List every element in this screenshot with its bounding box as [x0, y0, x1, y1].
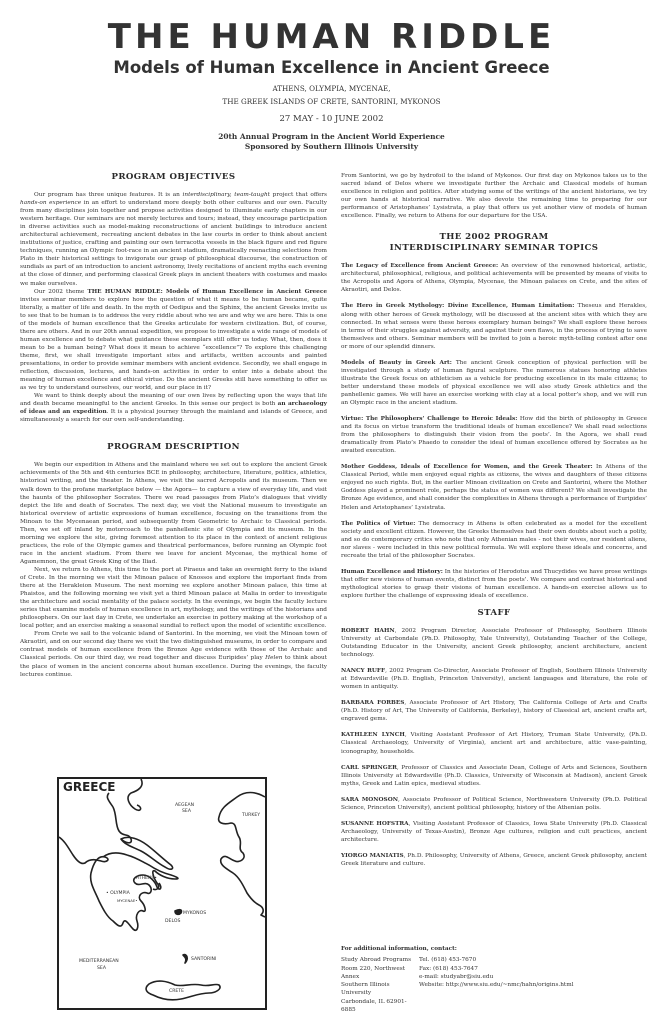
map-title: GREECE — [63, 780, 116, 794]
objectives-paragraph-1: Our program has three unique features. I… — [20, 191, 327, 288]
description-paragraph-2: Next, we return to Athens, this time to … — [20, 566, 327, 630]
description-paragraph-3: From Crete we sail to the volcanic islan… — [20, 630, 327, 678]
text-run: Our 2002 theme — [34, 289, 87, 295]
staff-member: CARL SPRINGER, Professor of Classics and… — [341, 764, 647, 788]
staff-name: CARL SPRINGER — [341, 765, 397, 771]
staff-name: SARA MONOSON — [341, 797, 398, 803]
seminar-topic: The Politics of Virtue: The democracy in… — [341, 520, 647, 560]
topic-text: Theseus and Herakles, along with other h… — [341, 303, 647, 349]
contact-info: For additional information, contact: Stu… — [341, 945, 647, 1014]
destinations: ATHENS, OLYMPIA, MYCENAE, THE GREEK ISLA… — [0, 82, 663, 108]
fax-number: Fax: (618) 453-7647 — [419, 965, 574, 973]
map-label-santorini: SANTORINI — [191, 957, 216, 962]
staff-name: SUSANNE HOFSTRA — [341, 821, 409, 827]
emphasis-text: interdisciplinary, team-taught — [183, 192, 270, 198]
contact-address: Study Abroad Programs Room 220, Northwes… — [341, 956, 419, 1014]
text-run: Our program has three unique features. I… — [34, 192, 183, 198]
document-header: THE HUMAN RIDDLE Models of Human Excelle… — [0, 18, 663, 152]
section-heading-description: PROGRAM DESCRIPTION — [20, 442, 327, 453]
text-run: in an effort to understand more deeply b… — [20, 200, 327, 286]
program-description-section: PROGRAM DESCRIPTION We begin our expedit… — [20, 442, 327, 678]
right-column: From Santorini, we go by hydrofoil to th… — [341, 172, 647, 876]
section-heading-seminar: THE 2002 PROGRAM INTERDISCIPLINARY SEMIN… — [341, 232, 647, 254]
seminar-heading-line-2: INTERDISCIPLINARY SEMINAR TOPICS — [390, 243, 599, 253]
map-label-mediterranean: MEDITERRANEAN — [79, 959, 119, 964]
destinations-line-2: THE GREEK ISLANDS OF CRETE, SANTORINI, M… — [0, 95, 663, 108]
topic-title: The Hero in Greek Mythology: Divine Exce… — [341, 303, 574, 309]
staff-section: STAFF ROBERT HAHN, 2002 Program Director… — [341, 608, 647, 868]
seminar-topic: Human Excellence and History: In the his… — [341, 568, 647, 600]
document-subtitle: Models of Human Excellence in Ancient Gr… — [0, 58, 663, 78]
map-label-mykonos: MYKONOS — [183, 911, 206, 916]
phone-number: Tel. (618) 453-7670 — [419, 956, 574, 964]
seminar-topic: The Hero in Greek Mythology: Divine Exce… — [341, 302, 647, 350]
staff-name: KATHLEEN LYNCH — [341, 732, 405, 738]
staff-name: YIORGO MANIATIS — [341, 853, 404, 859]
section-heading-staff: STAFF — [341, 608, 647, 619]
address-line: Study Abroad Programs — [341, 956, 419, 964]
section-heading-objectives: PROGRAM OBJECTIVES — [20, 172, 327, 183]
map-label-delos: DELOS — [165, 919, 180, 924]
topic-text: In Athens of the Classical Period, while… — [341, 464, 647, 510]
program-line: 20th Annual Program in the Ancient World… — [0, 132, 663, 142]
map-label-crete: CRETE — [169, 989, 184, 994]
topic-title: The Politics of Virtue: — [341, 521, 415, 527]
staff-member: SUSANNE HOFSTRA, Visiting Assistant Prof… — [341, 820, 647, 844]
topic-title: Models of Beauty in Greek Art: — [341, 360, 452, 366]
map-outline-icon — [59, 779, 265, 1008]
program-objectives-section: PROGRAM OBJECTIVES Our program has three… — [20, 172, 327, 424]
map-label-mediterranean-sea: SEA — [97, 966, 106, 971]
contact-heading: For additional information, contact: — [341, 945, 647, 953]
sponsor-line: Sponsored by Southern Illinois Universit… — [0, 142, 663, 152]
email-address[interactable]: e-mail: studyabr@siu.edu — [419, 973, 574, 981]
seminar-topic: Mother Goddess, Ideals of Excellence for… — [341, 463, 647, 511]
topic-title: Mother Goddess, Ideals of Excellence for… — [341, 464, 593, 470]
map-label-athens: ATHENS• — [136, 876, 157, 881]
document-title: THE HUMAN RIDDLE — [0, 18, 663, 56]
staff-name: ROBERT HAHN — [341, 628, 395, 634]
objectives-paragraph-2: Our 2002 theme THE HUMAN RIDDLE: Models … — [20, 288, 327, 393]
address-line: Carbondale, IL 62901-6885 — [341, 998, 419, 1015]
staff-member: ROBERT HAHN, 2002 Program Director, Asso… — [341, 627, 647, 659]
contact-details: Tel. (618) 453-7670 Fax: (618) 453-7647 … — [419, 956, 574, 1014]
topic-title: Virtue: The Philosophers’ Challenge to H… — [341, 416, 517, 422]
staff-member: SARA MONOSON, Associate Professor of Pol… — [341, 796, 647, 812]
greece-map: GREECE AEGEAN SEA TURKEY ATHENS• • OLYMP… — [57, 777, 267, 1010]
contact-grid: Study Abroad Programs Room 220, Northwes… — [341, 956, 647, 1014]
address-line: Room 220, Northwest Annex — [341, 965, 419, 982]
address-line: Southern Illinois University — [341, 981, 419, 998]
itinerary-continued: From Santorini, we go by hydrofoil to th… — [341, 172, 647, 220]
seminar-heading-line-1: THE 2002 PROGRAM — [439, 232, 548, 242]
staff-name: NANCY RUFF — [341, 668, 385, 674]
staff-member: NANCY RUFF, 2002 Program Co-Director, As… — [341, 667, 647, 691]
seminar-topic: The Legacy of Excellence from Ancient Gr… — [341, 262, 647, 294]
staff-member: YIORGO MANIATIS, Ph.D. Philosophy, Unive… — [341, 852, 647, 868]
website-link[interactable]: Website: http://www.siu.edu/~nmc/hahn/or… — [419, 981, 574, 989]
map-label-aegean: AEGEAN — [175, 803, 194, 808]
spacer — [341, 220, 647, 232]
emphasis-text: hands-on experience — [20, 200, 81, 206]
program-dates: 27 MAY - 10 JUNE 2002 — [0, 114, 663, 124]
staff-member: BARBARA FORBES, Associate Professor of A… — [341, 699, 647, 723]
map-label-turkey: TURKEY — [242, 813, 260, 818]
staff-member: KATHLEEN LYNCH, Visiting Assistant Profe… — [341, 731, 647, 755]
text-run: project that offers — [270, 192, 327, 198]
seminar-topic: Models of Beauty in Greek Art: The ancie… — [341, 359, 647, 407]
sponsor-info: 20th Annual Program in the Ancient World… — [0, 132, 663, 152]
map-label-mycenae: MYCENAE• — [117, 898, 138, 903]
objectives-paragraph-3: We want to think deeply about the meanin… — [20, 392, 327, 424]
spacer — [20, 424, 327, 442]
topic-title: Human Excellence and History: — [341, 569, 443, 575]
text-run: invites seminar members to explore how t… — [20, 297, 327, 392]
topic-title: The Legacy of Excellence from Ancient Gr… — [341, 263, 498, 269]
description-paragraph-1: We begin our expedition in Athens and th… — [20, 461, 327, 566]
staff-bio: , 2002 Program Co-Director, Associate Pr… — [341, 668, 647, 690]
staff-name: BARBARA FORBES — [341, 700, 404, 706]
topic-text: The ancient Greek conception of physical… — [341, 360, 647, 406]
seminar-topic: Virtue: The Philosophers’ Challenge to H… — [341, 415, 647, 455]
map-label-aegean-sea: SEA — [182, 809, 191, 814]
destinations-line-1: ATHENS, OLYMPIA, MYCENAE, — [0, 82, 663, 95]
left-column: PROGRAM OBJECTIVES Our program has three… — [20, 172, 327, 679]
map-label-olympia: • OLYMPIA — [106, 891, 130, 896]
play-title: Helen — [265, 655, 282, 661]
theme-title: THE HUMAN RIDDLE: Models of Human Excell… — [87, 289, 327, 295]
seminar-topics-section: THE 2002 PROGRAM INTERDISCIPLINARY SEMIN… — [341, 232, 647, 600]
